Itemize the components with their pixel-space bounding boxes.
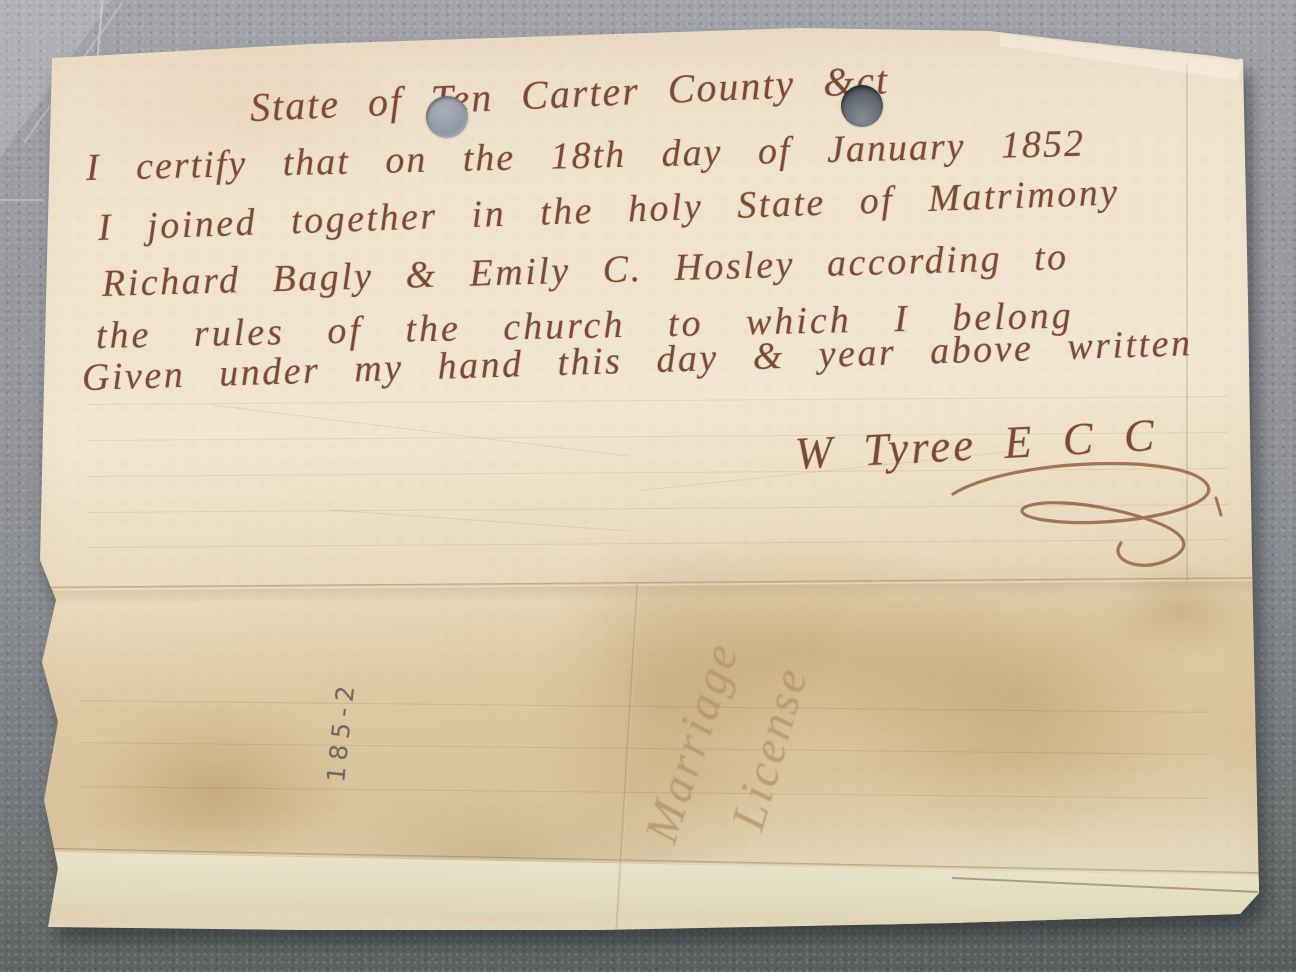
signature-flourish <box>938 448 1238 578</box>
left-punch-hole <box>426 96 468 138</box>
paper-shadow-wrap: State of Ten Carter County &ct I certify… <box>0 0 1296 972</box>
right-punch-hole <box>841 85 883 127</box>
document-paper: State of Ten Carter County &ct I certify… <box>0 0 1296 972</box>
photo-of-document: State of Ten Carter County &ct I certify… <box>0 0 1296 972</box>
